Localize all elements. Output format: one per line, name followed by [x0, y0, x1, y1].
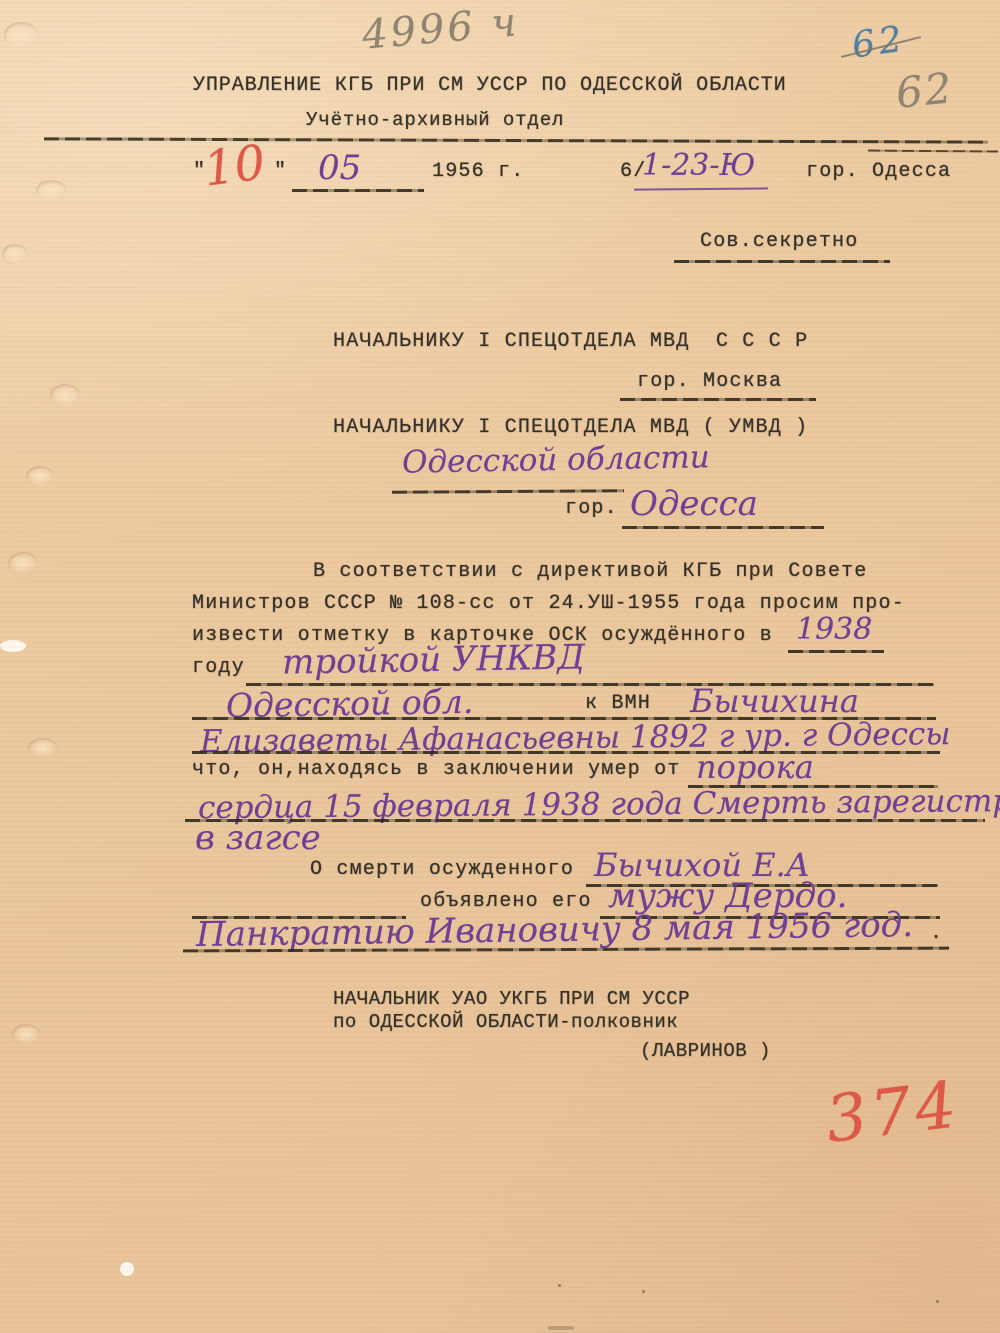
dirt-speck	[642, 1290, 645, 1293]
year-1938-handwritten: 1938	[796, 612, 872, 647]
recipient-city-handwritten: Одесса	[630, 484, 758, 524]
paper-crease	[50, 384, 80, 406]
paper-crease	[36, 180, 66, 200]
date-day-handwritten: 10	[201, 134, 268, 197]
classification-underline	[674, 260, 890, 263]
surname-bychikhina-handwritten: Бычихина	[690, 682, 859, 720]
letterhead-department: Учётно-архивный отдел	[306, 109, 564, 131]
death-notice-typed: О смерти осужденного	[310, 858, 574, 881]
date-city: гор. Одесса	[806, 160, 951, 183]
moscow-underline	[620, 398, 816, 401]
troika-unkvd-handwritten: тройкой УНКВД	[282, 637, 586, 682]
paper-crease	[2, 244, 28, 264]
recipient-region-underline	[392, 489, 624, 494]
recipient-region-handwritten: Одесской области	[402, 439, 710, 480]
signature-title-line-1: НАЧАЛЬНИК УАО УКГБ ПРИ СМ УССР	[333, 988, 690, 1010]
folio-number-red: 374	[822, 1068, 964, 1158]
dirt-speck	[936, 1300, 939, 1303]
body-line-7: что, он,находясь в заключении умер от	[192, 758, 680, 781]
paper-crease	[12, 1024, 40, 1044]
letterhead-organization: УПРАВЛЕНИЕ КГБ ПРИ СМ УССР ПО ОДЕССКОЙ О…	[193, 74, 787, 97]
archive-number-pencil: 4996 ч	[360, 0, 521, 59]
classification-stamp: Сов.секретно	[700, 230, 858, 253]
paper-crease	[26, 466, 54, 486]
paper-hole	[120, 1262, 134, 1276]
date-month-underline	[292, 189, 424, 192]
recipient-city-label: гор.	[565, 497, 618, 520]
sheet-number-pencil: 62	[894, 63, 956, 118]
date-month-handwritten: 05	[318, 148, 361, 188]
document-number-handwritten: 1-23-Ю	[642, 148, 755, 183]
recipient-line-1: НАЧАЛЬНИКУ I СПЕЦОТДЕЛА МВД С С С Р	[333, 330, 808, 353]
paper-crease	[28, 738, 58, 758]
date-quote-close: "	[274, 160, 287, 183]
signature-name: (ЛАВРИНОВ )	[640, 1040, 771, 1062]
date-year: 1956 г.	[432, 160, 524, 183]
closing-period-typed: .	[930, 922, 943, 945]
zags-handwritten: в загсе	[195, 818, 321, 858]
underline-line-6	[192, 751, 940, 754]
dirt-speck	[548, 1326, 574, 1330]
document-number-underline	[634, 187, 768, 190]
paper-hole	[0, 640, 26, 652]
paper-crease	[8, 552, 38, 574]
paper-crease	[4, 22, 38, 48]
recipient-line-2: НАЧАЛЬНИКУ I СПЕЦОТДЕЛА МВД ( УМВД )	[333, 416, 808, 439]
recipient-city-moscow: гор. Москва	[637, 370, 782, 393]
cause-poroka-handwritten: порока	[696, 748, 814, 786]
scanned-document-page: 4996 ч 62 62 УПРАВЛЕНИЕ КГБ ПРИ СМ УССР …	[0, 0, 1000, 1333]
recipient-city-underline	[622, 526, 824, 529]
signature-title-line-2: по ОДЕССКОЙ ОБЛАСТИ-полковник	[333, 1011, 678, 1033]
body-line-1: В соответствии с директивой КГБ при Сове…	[313, 560, 867, 583]
letterhead-rule	[44, 137, 988, 143]
k-vmn-typed: к ВМН	[585, 692, 651, 715]
body-line-4: году	[192, 656, 245, 679]
dirt-speck	[558, 1284, 561, 1287]
underline-1938	[788, 650, 884, 653]
letterhead-rule-segment	[868, 150, 998, 153]
